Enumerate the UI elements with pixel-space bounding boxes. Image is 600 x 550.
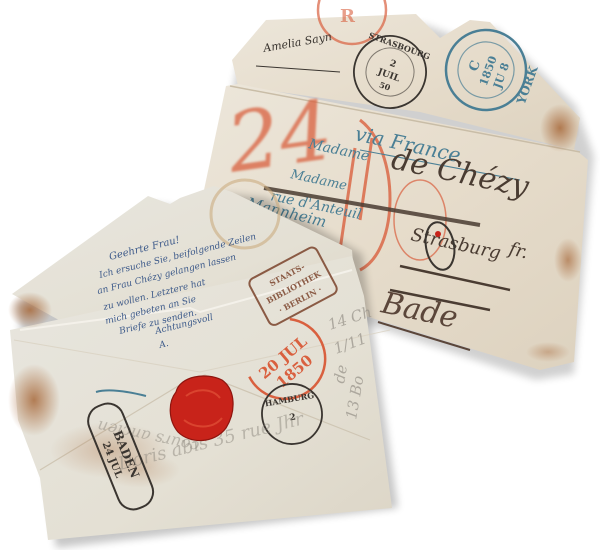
svg-text:R: R — [340, 6, 356, 27]
wax-seal — [170, 376, 233, 441]
svg-text:de: de — [330, 363, 351, 384]
envelopes-photo: 24 R STRASBOURG 2 JUIL 50 C 1850 JU 8 YO… — [0, 0, 600, 550]
